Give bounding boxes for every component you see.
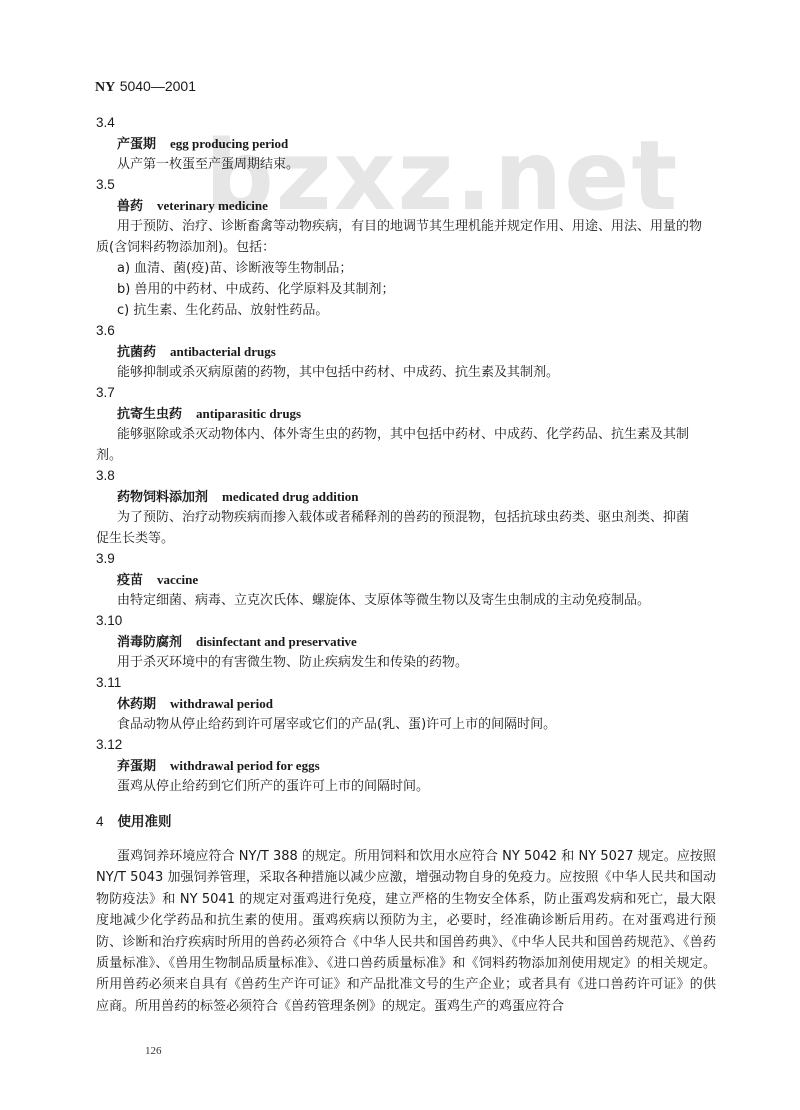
section-number: 3.8 <box>96 466 716 486</box>
term-en: veterinary medicine <box>157 198 268 213</box>
term-heading: 疫苗vaccine <box>96 569 716 590</box>
term-zh: 兽药 <box>117 199 143 214</box>
term-en: withdrawal period for eggs <box>170 758 320 773</box>
term-definition: 食品动物从停止给药到许可屠宰或它们的产品(乳、蛋)许可上市的间隔时间。 <box>96 714 716 735</box>
term-entry-3-9: 3.9 疫苗vaccine 由特定细菌、病毒、立克次氏体、螺旋体、支原体等微生物… <box>96 549 716 611</box>
chapter-paragraph: 蛋鸡饲养环境应符合 NY/T 388 的规定。所用饲料和饮用水应符合 NY 50… <box>96 846 716 1017</box>
term-definition: 能够抑制或杀灭病原菌的药物，其中包括中药材、中成药、抗生素及其制剂。 <box>96 362 716 383</box>
term-zh: 疫苗 <box>117 573 143 588</box>
term-heading: 抗寄生虫药antiparasitic drugs <box>96 403 716 424</box>
term-heading: 药物饲料添加剂medicated drug addition <box>96 486 716 507</box>
term-definition-line-2: 剂。 <box>96 445 716 466</box>
chapter-number: 4 <box>96 814 104 829</box>
term-definition-line-1: 为了预防、治疗动物疾病而掺入载体或者稀释剂的兽药的预混物，包括抗球虫药类、驱虫剂… <box>96 507 716 528</box>
standard-header: NY 5040—2001 <box>95 78 196 96</box>
term-entry-3-7: 3.7 抗寄生虫药antiparasitic drugs 能够驱除或杀灭动物体内… <box>96 383 716 466</box>
term-heading: 消毒防腐剂disinfectant and preservative <box>96 631 716 652</box>
section-number: 3.6 <box>96 321 716 341</box>
term-zh: 抗寄生虫药 <box>117 407 182 422</box>
term-entry-3-4: 3.4 产蛋期egg producing period 从产第一枚蛋至产蛋周期结… <box>96 113 716 175</box>
section-number: 3.5 <box>96 175 716 195</box>
term-entry-3-5: 3.5 兽药veterinary medicine 用于预防、治疗、诊断畜禽等动… <box>96 175 716 321</box>
term-zh: 休药期 <box>117 697 156 712</box>
term-entry-3-6: 3.6 抗菌药antibacterial drugs 能够抑制或杀灭病原菌的药物… <box>96 321 716 383</box>
term-entry-3-12: 3.12 弃蛋期withdrawal period for eggs 蛋鸡从停止… <box>96 735 716 797</box>
term-zh: 弃蛋期 <box>117 759 156 774</box>
term-en: antibacterial drugs <box>170 344 276 359</box>
term-en: antiparasitic drugs <box>196 406 301 421</box>
section-number: 3.7 <box>96 383 716 403</box>
term-zh: 消毒防腐剂 <box>117 635 182 650</box>
term-definition-line-2: 质(含饲料药物添加剂)。包括： <box>96 237 716 258</box>
document-page: bzxz.net NY 5040—2001 3.4 产蛋期egg produci… <box>0 0 800 1110</box>
section-number: 3.12 <box>96 735 716 755</box>
term-heading: 抗菌药antibacterial drugs <box>96 341 716 362</box>
term-zh: 产蛋期 <box>117 137 156 152</box>
term-definition-line-1: 能够驱除或杀灭动物体内、体外寄生虫的药物，其中包括中药材、中成药、化学药品、抗生… <box>96 424 716 445</box>
term-definition: 由特定细菌、病毒、立克次氏体、螺旋体、支原体等微生物以及寄生虫制成的主动免疫制品… <box>96 590 716 611</box>
list-item-c: c) 抗生素、生化药品、放射性药品。 <box>96 300 716 321</box>
section-number: 3.10 <box>96 611 716 631</box>
term-en: vaccine <box>157 572 198 587</box>
section-number: 3.4 <box>96 113 716 133</box>
term-zh: 抗菌药 <box>117 345 156 360</box>
page-number: 126 <box>145 1045 162 1057</box>
term-definition-line-2: 促生长类等。 <box>96 528 716 549</box>
term-heading: 弃蛋期withdrawal period for eggs <box>96 755 716 776</box>
term-en: egg producing period <box>170 136 288 151</box>
standard-code: 5040—2001 <box>120 78 196 94</box>
term-definition-line-1: 用于预防、治疗、诊断畜禽等动物疾病，有目的地调节其生理机能并规定作用、用途、用法… <box>96 216 716 237</box>
standard-prefix: NY <box>95 80 115 95</box>
section-number: 3.9 <box>96 549 716 569</box>
term-zh: 药物饲料添加剂 <box>117 490 208 505</box>
term-en: medicated drug addition <box>222 489 359 504</box>
chapter-title: 使用准则 <box>118 814 172 830</box>
term-definition: 从产第一枚蛋至产蛋周期结束。 <box>96 154 716 175</box>
document-body: 3.4 产蛋期egg producing period 从产第一枚蛋至产蛋周期结… <box>96 113 716 1030</box>
chapter-heading: 4使用准则 <box>96 811 716 833</box>
list-item-a: a) 血清、菌(疫)苗、诊断液等生物制品； <box>96 258 716 279</box>
term-heading: 休药期withdrawal period <box>96 693 716 714</box>
section-number: 3.11 <box>96 673 716 693</box>
term-en: withdrawal period <box>170 696 273 711</box>
term-entry-3-8: 3.8 药物饲料添加剂medicated drug addition 为了预防、… <box>96 466 716 549</box>
term-heading: 兽药veterinary medicine <box>96 195 716 216</box>
term-definition: 蛋鸡从停止给药到它们所产的蛋许可上市的间隔时间。 <box>96 776 716 797</box>
term-en: disinfectant and preservative <box>196 634 357 649</box>
term-definition: 用于杀灭环境中的有害微生物、防止疾病发生和传染的药物。 <box>96 652 716 673</box>
term-entry-3-10: 3.10 消毒防腐剂disinfectant and preservative … <box>96 611 716 673</box>
term-heading: 产蛋期egg producing period <box>96 133 716 154</box>
term-entry-3-11: 3.11 休药期withdrawal period 食品动物从停止给药到许可屠宰… <box>96 673 716 735</box>
list-item-b: b) 兽用的中药材、中成药、化学原料及其制剂； <box>96 279 716 300</box>
